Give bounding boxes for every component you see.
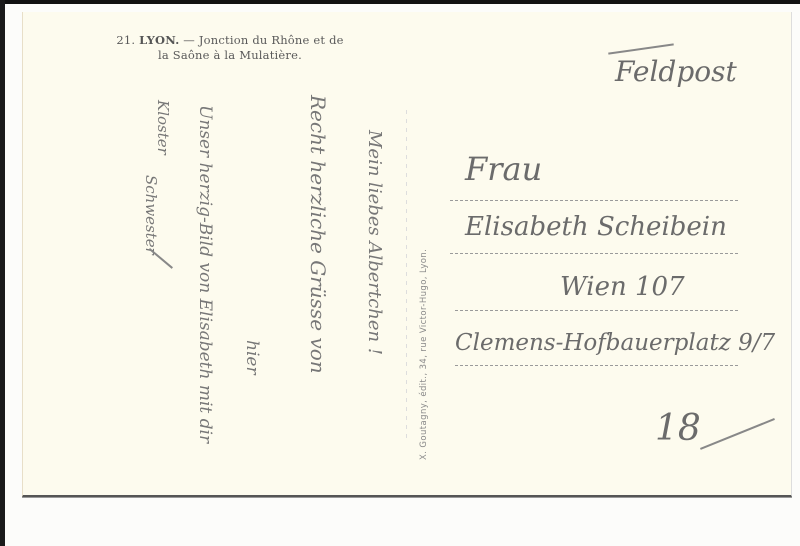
address-line-1 [450,200,740,201]
address-city: Wien 107 [560,272,685,302]
address-line-2 [450,253,740,254]
address-salutation: Frau [465,150,542,188]
message-line-1: Mein liebes Albertchen ! [364,130,385,355]
caption-text-1: — Jonction du Rhône et de [183,33,343,47]
caption-number: 21. [116,33,135,47]
address-name: Elisabeth Scheibein [465,212,727,242]
publisher-imprint: X. Goutagny, édit., 34, rue Victor-Hugo,… [419,100,429,460]
message-line-6: Schwester [142,175,160,255]
address-note: 18 [655,408,701,449]
address-street: Clemens-Hofbauerplatz 9/7 [455,330,775,356]
center-divider [406,110,407,440]
message-line-2: Recht herzliche Grüsse von [306,95,330,374]
caption-line-2: la Saône à la Mulatière. [65,48,395,63]
caption-city: LYON. [139,33,179,47]
message-line-3: hier [242,340,262,375]
message-line-4: Unser herzig-Bild von Elisabeth mit dir [195,105,215,443]
feldpost-label: Feldpost [615,55,737,88]
printed-caption: 21. LYON. — Jonction du Rhône et de la S… [65,33,395,63]
address-line-3 [455,310,740,311]
caption-line-1: 21. LYON. — Jonction du Rhône et de [65,33,395,48]
message-line-5: Kloster [154,100,172,155]
address-line-4 [455,365,740,366]
